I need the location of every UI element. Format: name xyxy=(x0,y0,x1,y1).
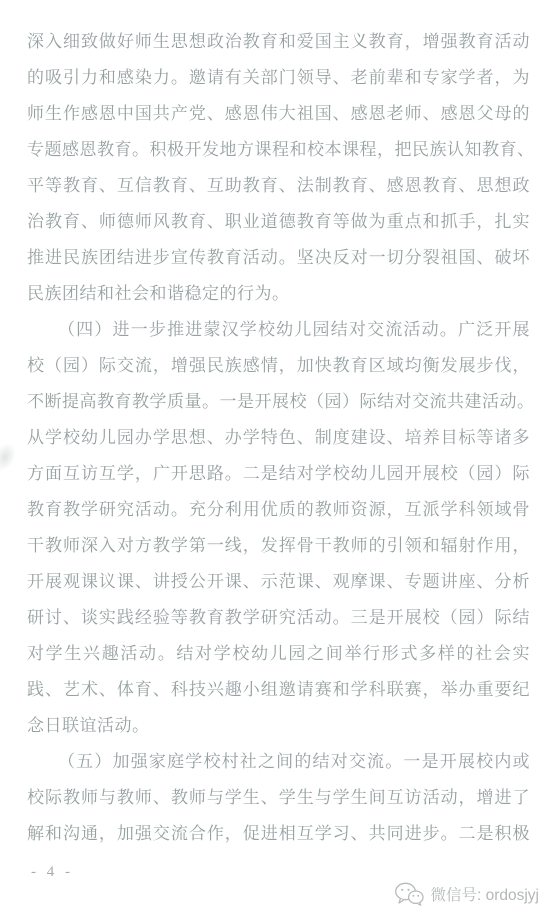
scan-smudge-artifact xyxy=(0,439,20,475)
body-line: 不断提高教育教学质量。一是开展校（园）际结对交流共建活动。 xyxy=(27,384,530,420)
page-number: - 4 - xyxy=(31,864,72,881)
body-line: 平等教育、互信教育、互助教育、法制教育、感恩教育、思想政 xyxy=(27,168,530,204)
body-line: 开展观课议课、讲授公开课、示范课、观摩课、专题讲座、分析 xyxy=(27,564,530,600)
body-line-paragraph-five: （五）加强家庭学校村社之间的结对交流。一是开展校内或 xyxy=(27,744,530,780)
body-line: 从学校幼儿园办学思想、办学特色、制度建设、培养目标等诸多 xyxy=(27,420,530,456)
body-line: 专题感恩教育。积极开发地方课程和校本课程，把民族认知教育、 xyxy=(27,132,530,168)
document-body: 深入细致做好师生思想政治教育和爱国主义教育，增强教育活动 的吸引力和感染力。邀请… xyxy=(27,24,530,852)
body-line: 教育教学研究活动。充分利用优质的教师资源，互派学科领域骨 xyxy=(27,492,530,528)
watermark: 微信号: ordosjyj xyxy=(394,882,539,906)
body-line: 师生作感恩中国共产党、感恩伟大祖国、感恩老师、感恩父母的 xyxy=(27,96,530,132)
body-line: 干教师深入对方教学第一线，发挥骨干教师的引领和辐射作用， xyxy=(27,528,530,564)
document-page: 深入细致做好师生思想政治教育和爱国主义教育，增强教育活动 的吸引力和感染力。邀请… xyxy=(0,0,552,920)
body-line: 念日联谊活动。 xyxy=(27,708,530,744)
body-line: 校（园）际交流，增强民族感情，加快教育区域均衡发展步伐， xyxy=(27,348,530,384)
body-line: 治教育、师德师风教育、职业道德教育等做为重点和抓手，扎实 xyxy=(27,204,530,240)
body-line: 践、艺术、体育、科技兴趣小组邀请赛和学科联赛，举办重要纪 xyxy=(27,672,530,708)
body-line: 方面互访互学，广开思路。二是结对学校幼儿园开展校（园）际 xyxy=(27,456,530,492)
body-line: 校际教师与教师、教师与学生、学生与学生间互访活动，增进了 xyxy=(27,780,530,816)
watermark-text: 微信号: ordosjyj xyxy=(430,883,539,905)
body-line: 研讨、谈实践经验等教育教学研究活动。三是开展校（园）际结 xyxy=(27,600,530,636)
body-line-paragraph-four: （四）进一步推进蒙汉学校幼儿园结对交流活动。广泛开展 xyxy=(27,312,530,348)
body-line: 民族团结和社会和谐稳定的行为。 xyxy=(27,276,530,312)
body-line: 对学生兴趣活动。结对学校幼儿园之间举行形式多样的社会实 xyxy=(27,636,530,672)
body-line: 解和沟通，加强交流合作，促进相互学习、共同进步。二是积极 xyxy=(27,816,530,852)
body-line: 的吸引力和感染力。邀请有关部门领导、老前辈和专家学者，为 xyxy=(27,60,530,96)
wechat-icon xyxy=(394,882,424,906)
body-line: 推进民族团结进步宣传教育活动。坚决反对一切分裂祖国、破坏 xyxy=(27,240,530,276)
body-line: 深入细致做好师生思想政治教育和爱国主义教育，增强教育活动 xyxy=(27,24,530,60)
